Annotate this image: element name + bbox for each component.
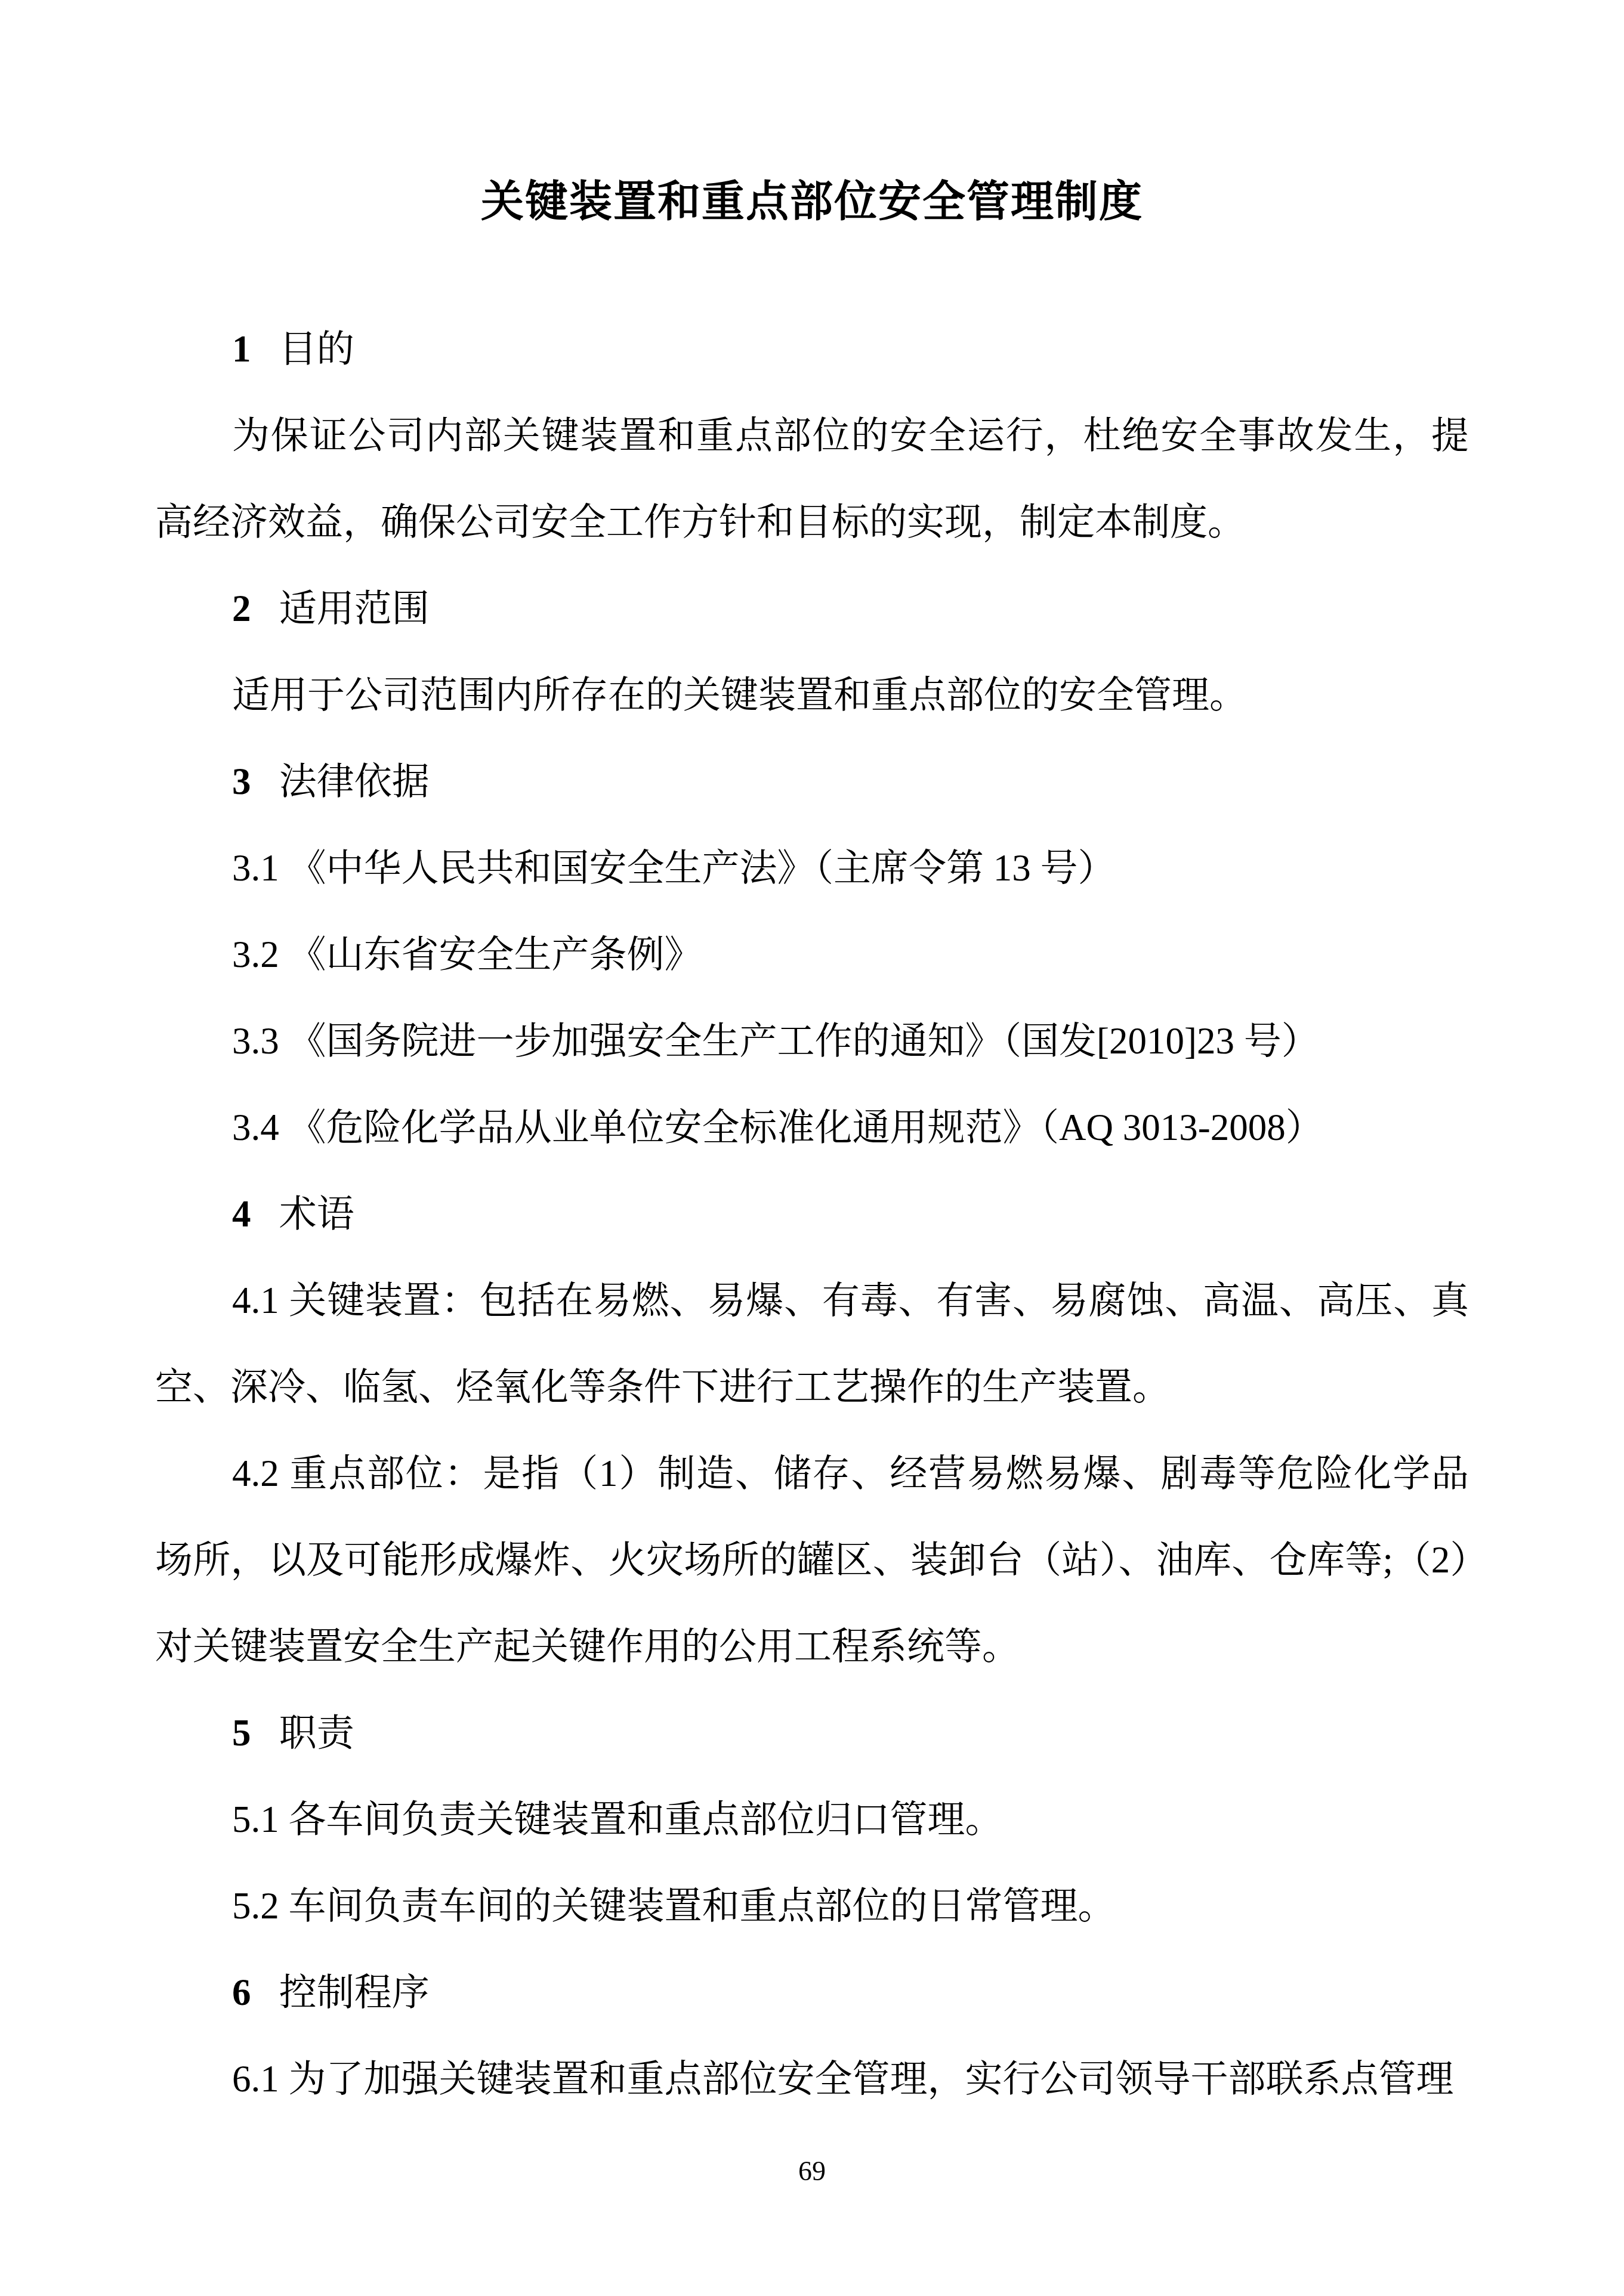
document-page: 关键装置和重点部位安全管理制度 1目的 为保证公司内部关键装置和重点部位的安全运… <box>0 0 1624 2296</box>
item-5-2: 5.2 车间负责车间的关键装置和重点部位的日常管理。 <box>155 1863 1469 1949</box>
heading-text: 职责 <box>279 1712 354 1754</box>
heading-3-legal-basis: 3法律依据 <box>155 738 1469 825</box>
heading-number: 2 <box>232 588 251 629</box>
item-3-4: 3.4 《危险化学品从业单位安全标准化通用规范》（AQ 3013-2008） <box>155 1084 1469 1171</box>
heading-text: 法律依据 <box>279 761 430 802</box>
heading-text: 适用范围 <box>279 588 430 629</box>
heading-2-scope: 2适用范围 <box>155 565 1469 652</box>
heading-number: 3 <box>232 761 251 802</box>
page-title: 关键装置和重点部位安全管理制度 <box>0 174 1624 230</box>
item-5-1: 5.1 各车间负责关键装置和重点部位归口管理。 <box>155 1776 1469 1863</box>
item-4-1: 4.1 关键装置：包括在易燃、易爆、有毒、有害、易腐蚀、高温、高压、真空、深冷、… <box>155 1257 1469 1430</box>
item-4-2: 4.2 重点部位：是指（1）制造、储存、经营易燃易爆、剧毒等危险化学品场所，以及… <box>155 1430 1469 1690</box>
paragraph-purpose-body: 为保证公司内部关键装置和重点部位的安全运行，杜绝安全事故发生，提高经济效益，确保… <box>155 393 1469 565</box>
heading-text: 术语 <box>279 1193 354 1235</box>
document-body: 1目的 为保证公司内部关键装置和重点部位的安全运行，杜绝安全事故发生，提高经济效… <box>155 306 1469 2122</box>
heading-number: 6 <box>232 1971 251 2013</box>
heading-5-responsibilities: 5职责 <box>155 1690 1469 1776</box>
heading-1-purpose: 1目的 <box>155 306 1469 393</box>
item-3-1: 3.1 《中华人民共和国安全生产法》（主席令第 13 号） <box>155 825 1469 911</box>
page-number: 69 <box>0 2155 1624 2187</box>
paragraph-scope-body: 适用于公司范围内所存在的关键装置和重点部位的安全管理。 <box>155 652 1469 738</box>
item-3-2: 3.2 《山东省安全生产条例》 <box>155 911 1469 998</box>
heading-number: 1 <box>232 328 251 370</box>
heading-number: 5 <box>232 1712 251 1754</box>
heading-number: 4 <box>232 1193 251 1235</box>
heading-6-control-procedure: 6控制程序 <box>155 1949 1469 2036</box>
heading-4-terms: 4术语 <box>155 1171 1469 1257</box>
heading-text: 控制程序 <box>279 1971 430 2013</box>
item-3-3: 3.3 《国务院进一步加强安全生产工作的通知》（国发[2010]23 号） <box>155 998 1469 1084</box>
heading-text: 目的 <box>279 328 354 370</box>
item-6-1: 6.1 为了加强关键装置和重点部位安全管理，实行公司领导干部联系点管理 <box>155 2036 1469 2122</box>
